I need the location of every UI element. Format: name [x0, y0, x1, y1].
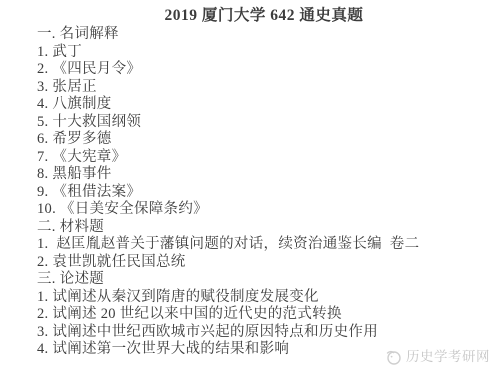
essay-item: 2. 试阐述 20 世纪以来中国的近代史的范式转换 [37, 306, 491, 324]
material-item: 2. 袁世凯就任民国总统 [37, 254, 491, 272]
term-item: 9. 《租借法案》 [37, 184, 491, 202]
term-item: 8. 黑船事件 [37, 166, 491, 184]
watermark: 历史学考研网 [384, 347, 490, 366]
material-item: 1. 赵匡胤赵普关于藩镇问题的对话，续资治通鉴长编 卷二 [37, 236, 491, 254]
term-item: 10. 《日美安全保障条约》 [37, 201, 491, 219]
term-item: 2. 《四民月令》 [37, 61, 491, 79]
term-item: 4. 八旗制度 [37, 96, 491, 114]
term-item: 3. 张居正 [37, 79, 491, 97]
essay-item: 1. 试阐述从秦汉到隋唐的赋役制度发展变化 [37, 289, 491, 307]
watermark-text: 历史学考研网 [406, 349, 490, 365]
section-2-heading: 二. 材料题 [37, 219, 491, 237]
term-item: 7. 《大宪章》 [37, 149, 491, 167]
section-1-heading: 一. 名词解释 [37, 26, 491, 44]
term-item: 6. 希罗多德 [37, 131, 491, 149]
term-item: 5. 十大救国纲领 [37, 114, 491, 132]
watermark-logo-icon [384, 347, 403, 366]
term-item: 1. 武丁 [37, 44, 491, 62]
exam-document-page: 2019 厦门大学 642 通史真题 一. 名词解释 1. 武丁 2. 《四民月… [0, 0, 499, 377]
page-title: 2019 厦门大学 642 通史真题 [37, 5, 491, 26]
essay-item: 3. 试阐述中世纪西欧城市兴起的原因特点和历史作用 [37, 324, 491, 342]
section-3-heading: 三. 论述题 [37, 271, 491, 289]
